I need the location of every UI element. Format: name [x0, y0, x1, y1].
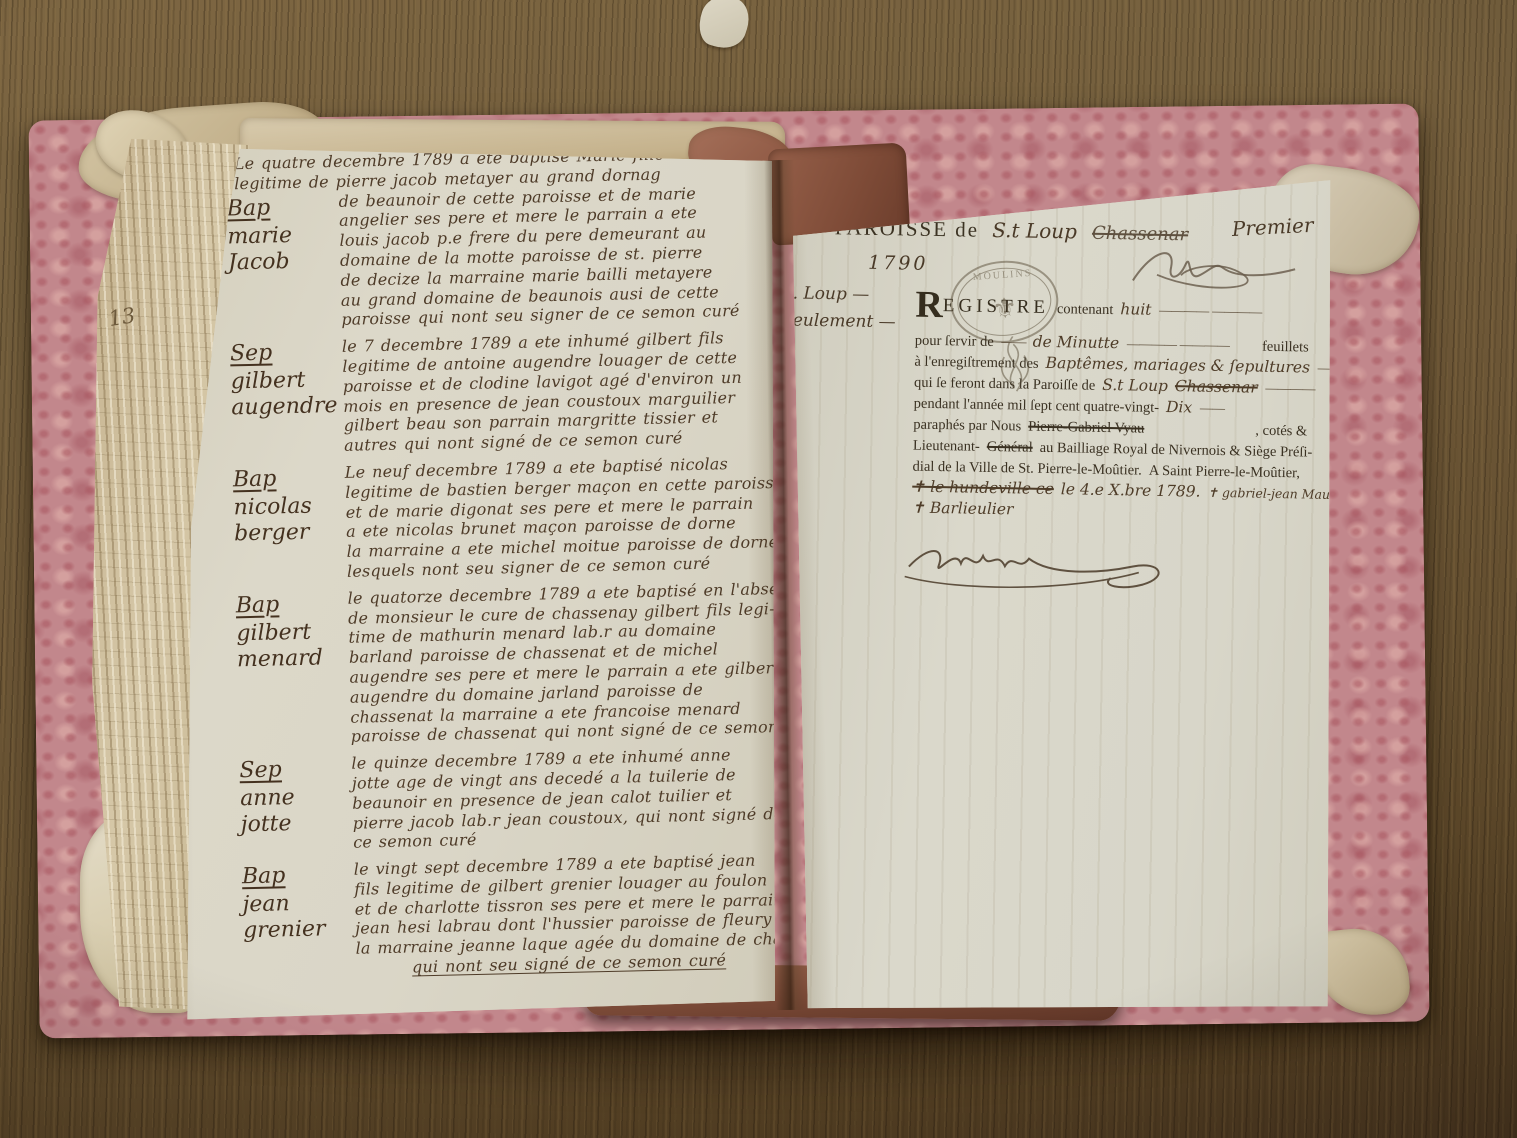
left-page: BapmarieJacobLe quatre decembre 1789 a e… [141, 133, 784, 1024]
baptism-record: Bapjeangrenierle vingt sept decembre 178… [242, 850, 775, 981]
register-segment: ———— [1265, 381, 1315, 398]
register-segment: paraphés par Nous [913, 417, 1021, 435]
record-margin-label: gilbert [236, 619, 349, 648]
baptism-record: BapnicolasbergerLe neuf decembre 1789 a … [233, 453, 766, 584]
register-segment: feuillets [1262, 337, 1309, 358]
register-title-line: contenanthuit———— ———— [1057, 298, 1269, 321]
record-body: Le quatre decembre 1789 a ete baptisé Ma… [338, 142, 760, 330]
record-body: le quinze decembre 1789 a ete inhumé ann… [351, 744, 784, 853]
register-segment: le 4.e X.bre 1789. [1061, 480, 1201, 500]
register-segment: dial de la Ville de St. Pierre-le-Moûtie… [912, 459, 1141, 479]
register-segment: ———— ———— [1158, 303, 1261, 321]
record-body: le vingt sept decembre 1789 a ete baptis… [354, 850, 804, 979]
register-lines: pour ſervir de——de Minutte———— ————feuil… [912, 330, 1311, 525]
right-page: PAROISSE de S.t Loup Chassenar Premier 1… [770, 156, 1367, 1034]
record-margin-label: Bap [227, 194, 340, 223]
record-margin-label: Bap [236, 591, 349, 620]
margin-note-line: Seulement — [781, 307, 896, 336]
premier-annotation: Premier [1232, 213, 1315, 241]
register-segment: Baptêmes, mariages & ſepultures [1045, 354, 1310, 377]
record-margin-label: jean [242, 890, 355, 919]
register-segment: pendant l'année mil ſept cent quatre-vin… [914, 396, 1160, 416]
record-margin-label: gilbert [230, 367, 343, 396]
register-segment: , cotés & [1255, 421, 1307, 442]
fleur-de-lis-icon: ⚜ [991, 290, 1018, 325]
record-margin-label: anne [240, 784, 353, 813]
baptism-record: BapmarieJacobLe quatre decembre 1789 a e… [226, 142, 760, 332]
margin-note-line: S. Loup — [781, 280, 896, 309]
record-body: Le neuf decembre 1789 a ete baptisé nico… [345, 453, 786, 582]
record-margin-label: nicolas [233, 493, 346, 522]
photo-scene: 13 BapmarieJacobLe quatre decembre 1789 … [0, 0, 1517, 1138]
record-margin-label: jotte [240, 810, 353, 839]
register-segment: pour ſervir de [915, 333, 994, 350]
record-margin-label: grenier [243, 916, 356, 945]
record-margin: Bapnicolasberger [233, 463, 348, 584]
record-margin-label: Bap [233, 465, 346, 494]
record-margin-label: augendre [231, 393, 344, 422]
record-margin-label: Sep [230, 339, 343, 368]
register-segment: Général [987, 439, 1033, 456]
register-segment: Lieutenant- [913, 438, 980, 455]
signature-flourish [900, 532, 1201, 603]
record-margin: Bapgilbertmenard [235, 589, 351, 750]
record-margin-label: marie [227, 222, 340, 251]
register-segment: —— [1199, 401, 1224, 417]
left-page-records: BapmarieJacobLe quatre decembre 1789 a e… [226, 142, 775, 988]
parish-name-handwritten: S.t Loup [992, 218, 1077, 243]
record-margin: Sepgilbertaugendre [230, 337, 345, 458]
register-segment: S.t Loup [1102, 376, 1168, 395]
register-segment: à l'enregiſtrement des [914, 354, 1038, 372]
margin-note: S. Loup — Seulement — [781, 280, 896, 336]
baptism-record: Bapgilbertmenardle quatorze decembre 178… [235, 579, 768, 749]
register-segment: qui ſe feront dans la Paroiſſe de [914, 375, 1095, 394]
record-body: le quatorze decembre 1789 a ete baptisé … [347, 578, 811, 747]
record-margin-label: berger [234, 519, 347, 548]
register-segment: ✝ le hundeville ce [912, 478, 1054, 498]
register-year: 1790 [868, 252, 929, 275]
record-margin: Bapjeangrenier [242, 860, 357, 981]
register-segment: ✝ Barlieulier [912, 499, 1014, 519]
record-margin-label: Sep [239, 756, 352, 785]
stamp-text: MOULINS [950, 266, 1055, 284]
register-segment: Pierre-Gabriel Vyau [1028, 419, 1144, 437]
baptism-record: Sepgilbertaugendrele 7 decembre 1789 a e… [230, 328, 763, 459]
folio-number: 13 [107, 303, 137, 331]
register-segment: Chassenar [1175, 377, 1258, 396]
register-segment: ———— ———— [1126, 336, 1229, 354]
register-segment: A Saint Pierre-le-Moûtier, [1149, 463, 1300, 482]
register-segment: Dix [1166, 398, 1192, 416]
register-dropcap: R [915, 284, 943, 326]
record-margin: Sepannejotte [239, 754, 353, 855]
register-segment: huit [1120, 300, 1151, 319]
record-body: le 7 decembre 1789 a ete inhumé gilbert … [342, 328, 763, 456]
register-printed-block: MOULINS ⚜ REGISTREcontenanthuit———— ————… [912, 283, 1312, 525]
record-margin-label: Jacob [228, 248, 341, 277]
baptism-record: Sepannejottele quinze decembre 1789 a et… [239, 744, 771, 855]
register-segment: au Bailliage Royal de Nivernois & Siège … [1040, 440, 1313, 461]
record-margin-label: Bap [242, 862, 355, 891]
register-segment: de Minutte [1033, 333, 1120, 353]
register-segment: —— [1001, 334, 1026, 350]
record-margin-label: menard [237, 645, 350, 674]
